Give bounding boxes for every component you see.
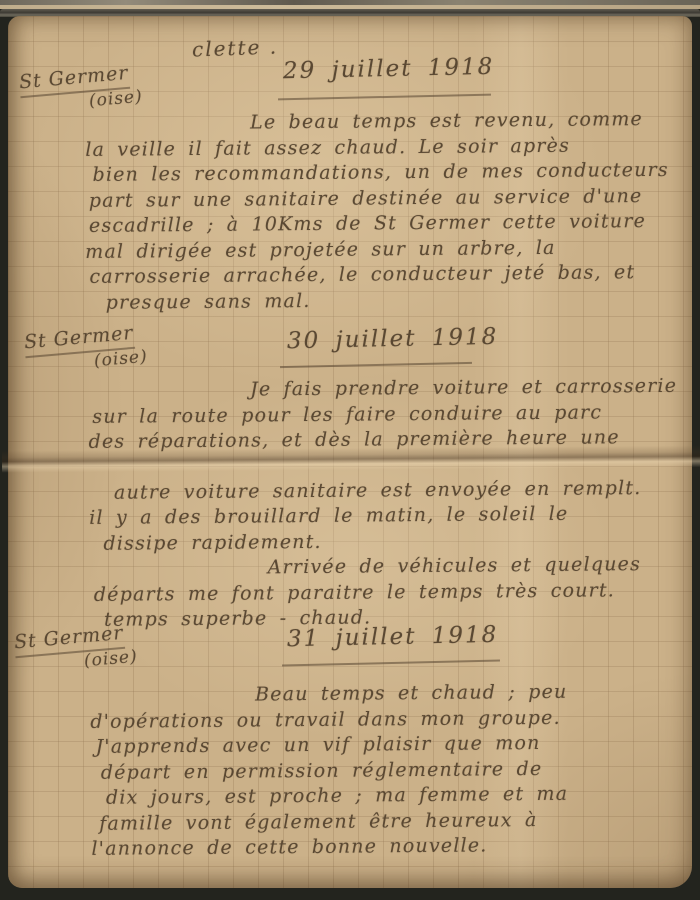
entry-body: Le beau temps est revenu, comme la veill…: [78, 107, 695, 316]
location-label: St Germer (oise): [23, 321, 148, 377]
entry-date: 29 juillet 1918: [283, 54, 495, 84]
entry-date: 31 juillet 1918: [287, 622, 499, 652]
handwritten-line: des réparations, et dès la première heur…: [78, 425, 693, 456]
handwritten-line: presque sans mal.: [80, 285, 695, 316]
entry-body: Beau temps et chaud ; peu d'opérations o…: [78, 679, 695, 863]
handwriting-layer: clette . St Germer (oise) 29 juillet 191…: [0, 0, 700, 900]
location-label: St Germer (oise): [13, 621, 138, 677]
carryover-word: clette .: [192, 35, 279, 62]
entry-date: 30 juillet 1918: [287, 324, 499, 354]
date-underline: [280, 362, 472, 368]
notebook-photo: clette . St Germer (oise) 29 juillet 191…: [0, 0, 700, 900]
location-region: (oise): [93, 347, 148, 372]
date-underline: [278, 94, 491, 101]
entry-body: Je fais prendre voiture et carrosserie s…: [78, 374, 695, 634]
location-region: (oise): [88, 87, 143, 112]
handwritten-line: l'annonce de cette bonne nouvelle.: [79, 832, 694, 863]
location-label: St Germer (oise): [18, 61, 143, 117]
location-region: (oise): [83, 647, 138, 672]
date-underline: [282, 660, 500, 667]
